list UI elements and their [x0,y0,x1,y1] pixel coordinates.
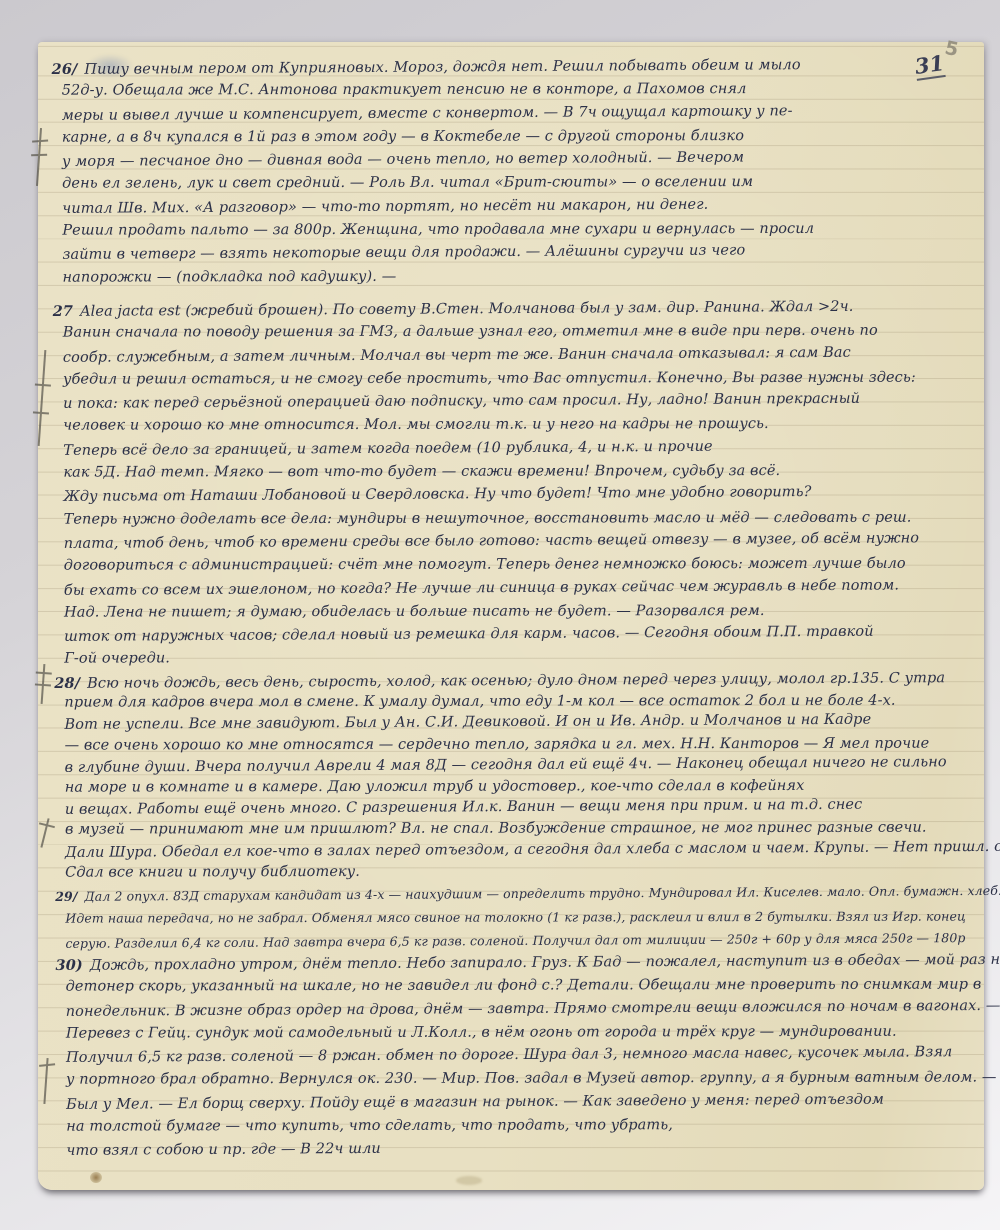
entry-number: 26/ [52,61,78,78]
diary-line: что взял с собою и пр. где — В 22ч шли [66,1134,976,1163]
diary-line: сообр. служебным, а затем личным. Молчал… [63,341,973,370]
diary-line: читал Шв. Мих. «А разговор» — что-то пор… [62,192,972,221]
entry-number: 30) [55,957,82,974]
paper-sheet: 5 31 26/Пишу вечным пером от Куприяновых… [38,42,984,1190]
diary-entry-28: 28/Всю ночь дождь, весь день, сырость, х… [64,668,975,884]
diary-entry-26: 26/Пишу вечным пером от Куприяновых. Мор… [62,53,973,290]
diary-line: зайти в четверг — взять некоторые вещи д… [62,238,972,267]
diary-line: Теперь всё дело за границей, и затем ког… [63,434,973,463]
diary-line: Вот не успели. Все мне завидуют. Был у А… [64,709,974,736]
diary-line: 26/Пишу вечным пером от Куприяновых. Мор… [62,52,972,81]
paper-stain-faint [456,1176,482,1185]
diary-line: Жду письма от Наташи Лобановой и Свердло… [63,480,973,509]
diary-entry-29: 29/Дал 2 опухл. 8ЗД старухам кандидат из… [65,880,975,954]
handwriting-layer: 26/Пишу вечным пером от Куприяновых. Мор… [35,40,986,1192]
diary-line: 29/Дал 2 опухл. 8ЗД старухам кандидат из… [65,879,975,908]
diary-line: плата, чтоб день, чтоб ко времени среды … [64,527,974,556]
diary-line: Дали Шура. Обедал ел кое-что в залах пер… [65,837,975,864]
diary-line: 27Alea jacta est (жребий брошен). По сов… [63,294,973,323]
diary-entry-27: 27Alea jacta est (жребий брошен). По сов… [63,295,975,672]
entry-number: 28/ [54,675,80,692]
diary-line: бы ехать со всем их эшелоном, но когда? … [64,574,974,603]
diary-line: понедельник. В жизне образ ордер на дров… [66,995,976,1024]
entry-number: 29/ [55,889,77,904]
scanned-diary-page: { "document": { "kind": "handwritten dia… [0,0,1000,1230]
diary-line: напорожки — (подкладка под кадушку). — [62,264,972,289]
diary-line: Был у Мел. — Ел борщ сверху. Пойду ещё в… [66,1088,976,1117]
paper-stain [90,1172,102,1183]
diary-entry-30: 30)Дождь, прохладно утром, днём тепло. Н… [65,949,976,1163]
diary-line: меры и вывел лучше и компенсирует, вмест… [62,99,972,128]
diary-line: 30)Дождь, прохладно утром, днём тепло. Н… [65,948,975,977]
entry-number: 27 [53,303,73,320]
